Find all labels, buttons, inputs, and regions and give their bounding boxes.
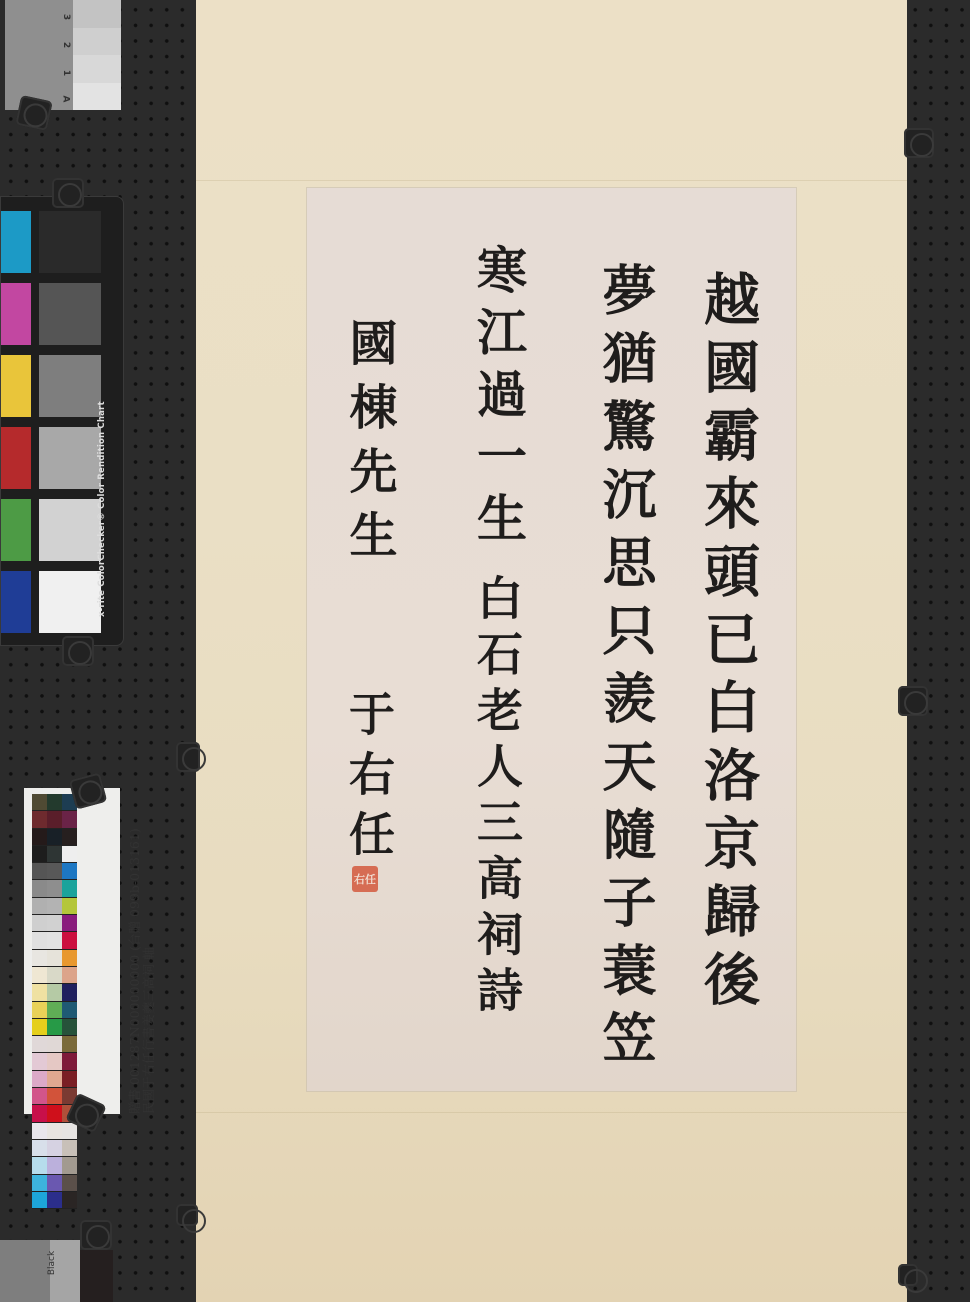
color-target-grid: [32, 794, 77, 1106]
target-color-patch: [62, 984, 77, 1001]
magnet-clip: [176, 742, 200, 772]
gray-card-label: 3: [61, 14, 71, 20]
target-color-patch: [32, 829, 47, 846]
poem-column-1: 越國霸來頭已白洛京歸後: [688, 270, 768, 1018]
target-color-patch: [62, 898, 77, 915]
gray-patch: [73, 0, 121, 28]
black-reference-patch: [80, 1250, 113, 1302]
color-checker-chart: x-rite ColorChecker® Color Rendition Cha…: [0, 196, 124, 646]
target-color-patch: [47, 794, 62, 811]
color-patch-magenta: [1, 283, 31, 345]
magnet-clip: [898, 686, 928, 716]
target-color-patch: [32, 1019, 47, 1036]
poem-column-2: 夢猶驚沉思只羨天隨子蓑笠: [588, 262, 665, 1078]
target-color-patch: [62, 967, 77, 984]
target-color-patch: [62, 1123, 77, 1140]
target-color-patch: [32, 898, 47, 915]
catalog-number: 贈書 001287N000000000 (台贈 099b-013161): [128, 828, 142, 1114]
target-color-patch: [47, 811, 62, 828]
target-color-patch: [47, 1157, 62, 1174]
target-color-patch: [32, 1088, 47, 1105]
target-color-patch: [47, 932, 62, 949]
signature: 于右任: [336, 690, 402, 870]
gray-card-label: 2: [61, 42, 71, 48]
target-color-patch: [62, 1019, 77, 1036]
gray-card-label: A: [61, 96, 71, 103]
magnet-clip: [62, 636, 94, 666]
checker-brand-text: x-rite ColorChecker® Color Rendition Cha…: [97, 401, 107, 617]
target-color-patch: [47, 915, 62, 932]
target-color-patch: [47, 1088, 62, 1105]
gray-reference-card: [0, 1240, 50, 1302]
target-color-patch: [47, 863, 62, 880]
magnet-clip: [904, 128, 934, 158]
target-color-patch: [62, 1157, 77, 1174]
color-patch-red: [1, 427, 31, 489]
target-color-patch: [32, 984, 47, 1001]
target-color-patch: [47, 846, 62, 863]
catalog-label: 贈書 001287N000000000 (台贈 099b-013161) 民國于…: [128, 828, 156, 1114]
mount-seam: [196, 1112, 907, 1113]
dedication: 國棟先生: [335, 318, 404, 574]
target-color-patch: [62, 846, 77, 863]
target-color-patch: [47, 1123, 62, 1140]
color-patch-black: [39, 211, 101, 273]
color-patch-gray-light: [39, 427, 101, 489]
magnet-clip: [52, 178, 84, 208]
color-patch-gray-lighter: [39, 499, 101, 561]
poem-column-3: 寒江過一生: [462, 244, 534, 554]
target-color-patch: [47, 967, 62, 984]
gray-card-label: 1: [61, 70, 71, 76]
target-color-patch: [62, 1192, 77, 1209]
target-color-patch: [62, 1140, 77, 1157]
gray-patch: [73, 83, 121, 111]
target-color-patch: [32, 932, 47, 949]
target-color-patch: [32, 1053, 47, 1070]
artwork-title: 民國于右任行書姜夔三高祠 軸: [142, 828, 156, 1114]
target-color-patch: [32, 863, 47, 880]
color-patch-white: [39, 571, 101, 633]
target-color-patch: [32, 1175, 47, 1192]
target-color-patch: [47, 1053, 62, 1070]
target-color-patch: [62, 932, 77, 949]
color-target-strip: 贈書 001287N000000000 (台贈 099b-013161) 民國于…: [24, 788, 120, 1114]
target-color-patch: [32, 915, 47, 932]
target-color-patch: [62, 880, 77, 897]
color-patch-gray-dark: [39, 283, 101, 345]
color-patch-yellow: [1, 355, 31, 417]
target-color-patch: [47, 1019, 62, 1036]
target-color-patch: [47, 1105, 62, 1122]
target-color-patch: [47, 1175, 62, 1192]
target-color-patch: [62, 950, 77, 967]
target-color-patch: [47, 1002, 62, 1019]
poem-attribution: 白石老人三高祠詩: [464, 574, 530, 1022]
target-color-patch: [62, 1036, 77, 1053]
magnet-clip: [176, 1204, 198, 1226]
target-color-patch: [47, 984, 62, 1001]
target-color-patch: [32, 1002, 47, 1019]
target-color-patch: [62, 1175, 77, 1192]
mount-seam: [196, 180, 907, 181]
target-color-patch: [47, 898, 62, 915]
gray-patch: [73, 28, 121, 56]
target-color-patch: [32, 846, 47, 863]
grayscale-strip: [73, 0, 121, 110]
target-color-patch: [62, 863, 77, 880]
target-color-patch: [47, 1036, 62, 1053]
target-color-patch: [32, 967, 47, 984]
magnet-clip: [15, 95, 53, 131]
color-patch-cyan: [1, 211, 31, 273]
target-color-patch: [32, 1071, 47, 1088]
target-color-patch: [62, 1053, 77, 1070]
target-color-patch: [32, 811, 47, 828]
target-color-patch: [32, 1157, 47, 1174]
target-color-patch: [47, 950, 62, 967]
target-color-patch: [47, 1140, 62, 1157]
target-color-patch: [62, 1071, 77, 1088]
target-color-patch: [32, 1105, 47, 1122]
target-color-patch: [47, 1071, 62, 1088]
magnet-clip: [80, 1220, 112, 1250]
target-color-patch: [62, 915, 77, 932]
target-color-patch: [62, 829, 77, 846]
gray-card: 3 2 1 A: [5, 0, 73, 110]
color-patch-gray-mid: [39, 355, 101, 417]
target-color-patch: [32, 1140, 47, 1157]
target-color-patch: [62, 811, 77, 828]
gray-patch: [73, 55, 121, 83]
target-color-patch: [32, 950, 47, 967]
target-color-patch: [47, 1192, 62, 1209]
target-color-patch: [32, 1036, 47, 1053]
target-color-patch: [47, 829, 62, 846]
black-label: Black: [47, 1251, 57, 1275]
color-patch-blue: [1, 571, 31, 633]
target-color-patch: [32, 1123, 47, 1140]
magnet-clip: [898, 1264, 918, 1286]
red-seal: 右任: [352, 866, 378, 892]
target-color-patch: [32, 1192, 47, 1209]
color-patch-green: [1, 499, 31, 561]
target-color-patch: [62, 1002, 77, 1019]
target-color-patch: [32, 880, 47, 897]
target-color-patch: [47, 880, 62, 897]
target-color-patch: [32, 794, 47, 811]
